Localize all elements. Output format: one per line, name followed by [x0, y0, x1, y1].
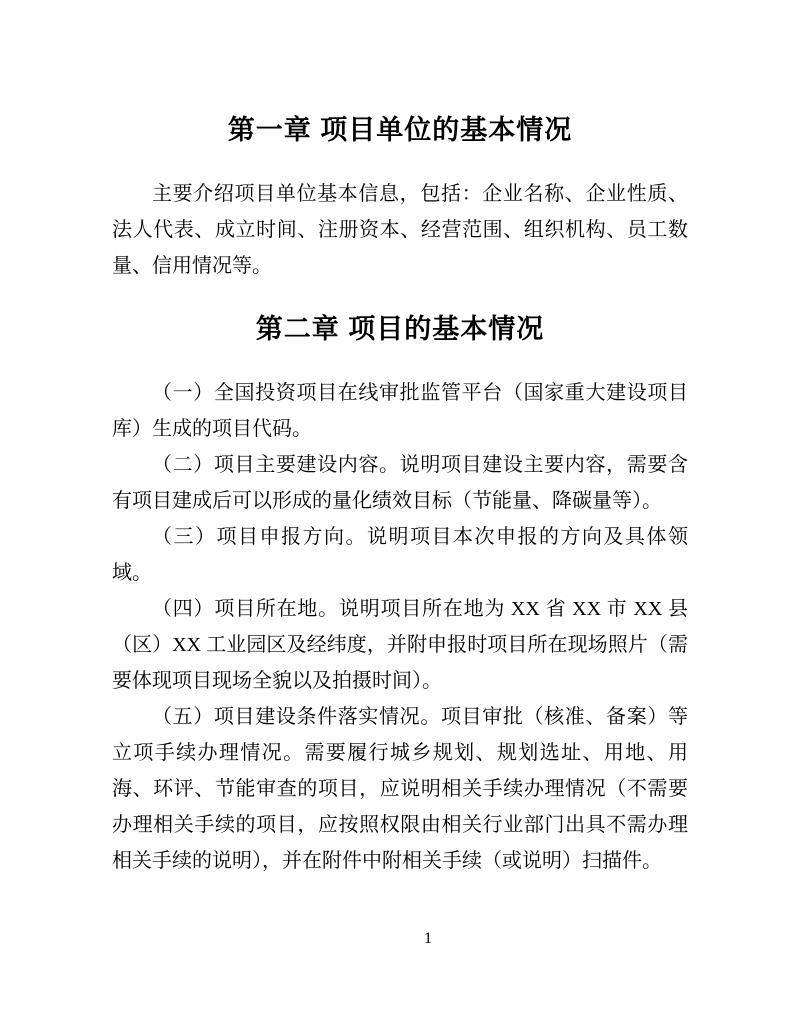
chapter-1-intro-paragraph: 主要介绍项目单位基本信息，包括：企业名称、企业性质、法人代表、成立时间、注册资本…: [112, 176, 688, 284]
chapter-2-item-1-paragraph: （一）全国投资项目在线审批监管平台（国家重大建设项目库）生成的项目代码。: [112, 375, 688, 447]
chapter-2-item-4-paragraph: （四）项目所在地。说明项目所在地为 XX 省 XX 市 XX 县（区）XX 工业…: [112, 591, 688, 699]
page-number: 1: [112, 930, 744, 948]
chapter-2-item-5-paragraph: （五）项目建设条件落实情况。项目审批（核准、备案）等立项手续办理情况。需要履行城…: [112, 699, 688, 879]
document-page: 第一章 项目单位的基本情况 主要介绍项目单位基本信息，包括：企业名称、企业性质、…: [0, 0, 800, 1018]
chapter-2-item-2-paragraph: （二）项目主要建设内容。说明项目建设主要内容，需要含有项目建成后可以形成的量化绩…: [112, 447, 688, 519]
text-column: 第一章 项目单位的基本情况 主要介绍项目单位基本信息，包括：企业名称、企业性质、…: [112, 0, 688, 879]
chapter-2-item-3-paragraph: （三）项目申报方向。说明项目本次申报的方向及具体领域。: [112, 519, 688, 591]
chapter-1-heading: 第一章 项目单位的基本情况: [112, 110, 688, 150]
chapter-2-heading: 第二章 项目的基本情况: [112, 309, 688, 349]
